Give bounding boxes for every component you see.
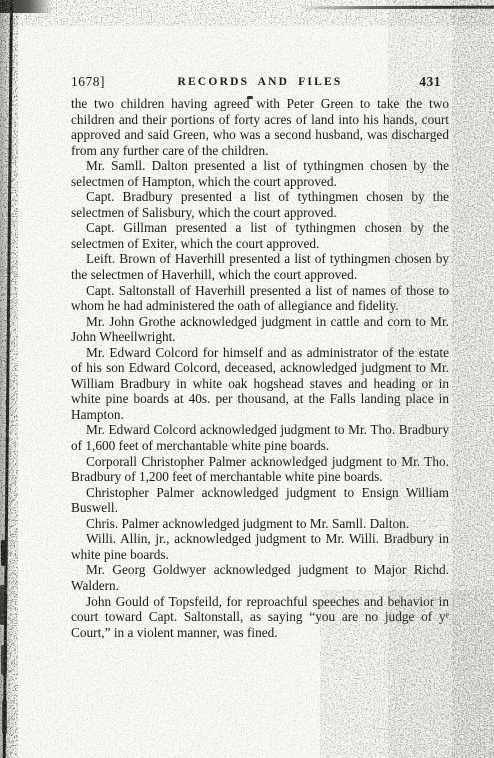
scan-artifact-top-right-line	[302, 6, 494, 10]
paragraph: Mr. Samll. Dalton presented a list of ty…	[71, 158, 449, 189]
text-block: the two children having agreed with Pete…	[71, 96, 449, 640]
scanned-book-page: 1678] RECORDS AND FILES 431 the two chil…	[0, 0, 494, 758]
paragraph: the two children having agreed with Pete…	[71, 96, 449, 158]
paragraph: Leift. Brown of Haverhill presented a li…	[71, 251, 449, 282]
paragraph: Mr. Edward Colcord for himself and as ad…	[71, 345, 449, 423]
page-header: 1678] RECORDS AND FILES 431	[71, 74, 449, 92]
page-edge-mark	[1, 645, 7, 675]
paragraph: Capt. Gillman presented a list of tythin…	[71, 220, 449, 251]
paragraph: Mr. John Grothe acknowledged judgment in…	[71, 314, 449, 345]
page-edge-mark	[1, 540, 7, 566]
paragraph: Corporall Christopher Palmer acknowledge…	[71, 454, 449, 485]
page-number: 431	[419, 74, 441, 90]
paragraph: Willi. Allin, jr., acknowledged judgment…	[71, 531, 449, 562]
page-edge-mark	[2, 700, 7, 734]
paragraph: Capt. Saltonstall of Haverhill presented…	[71, 283, 449, 314]
paragraph: Chris. Palmer acknowledged judgment to M…	[71, 516, 449, 532]
paragraph: Christopher Palmer acknowledged judgment…	[71, 485, 449, 516]
page-edge-mark	[0, 585, 7, 625]
scan-artifact-top-left	[0, 0, 52, 13]
paragraph: Capt. Bradbury presented a list of tythi…	[71, 189, 449, 220]
paragraph: John Gould of Topsfeild, for reproachful…	[71, 594, 449, 641]
paragraph: Mr. Edward Colcord acknowledged judgment…	[71, 422, 449, 453]
running-title: RECORDS AND FILES	[71, 76, 449, 88]
paragraph: Mr. Georg Goldwyer acknowledged judgment…	[71, 562, 449, 593]
